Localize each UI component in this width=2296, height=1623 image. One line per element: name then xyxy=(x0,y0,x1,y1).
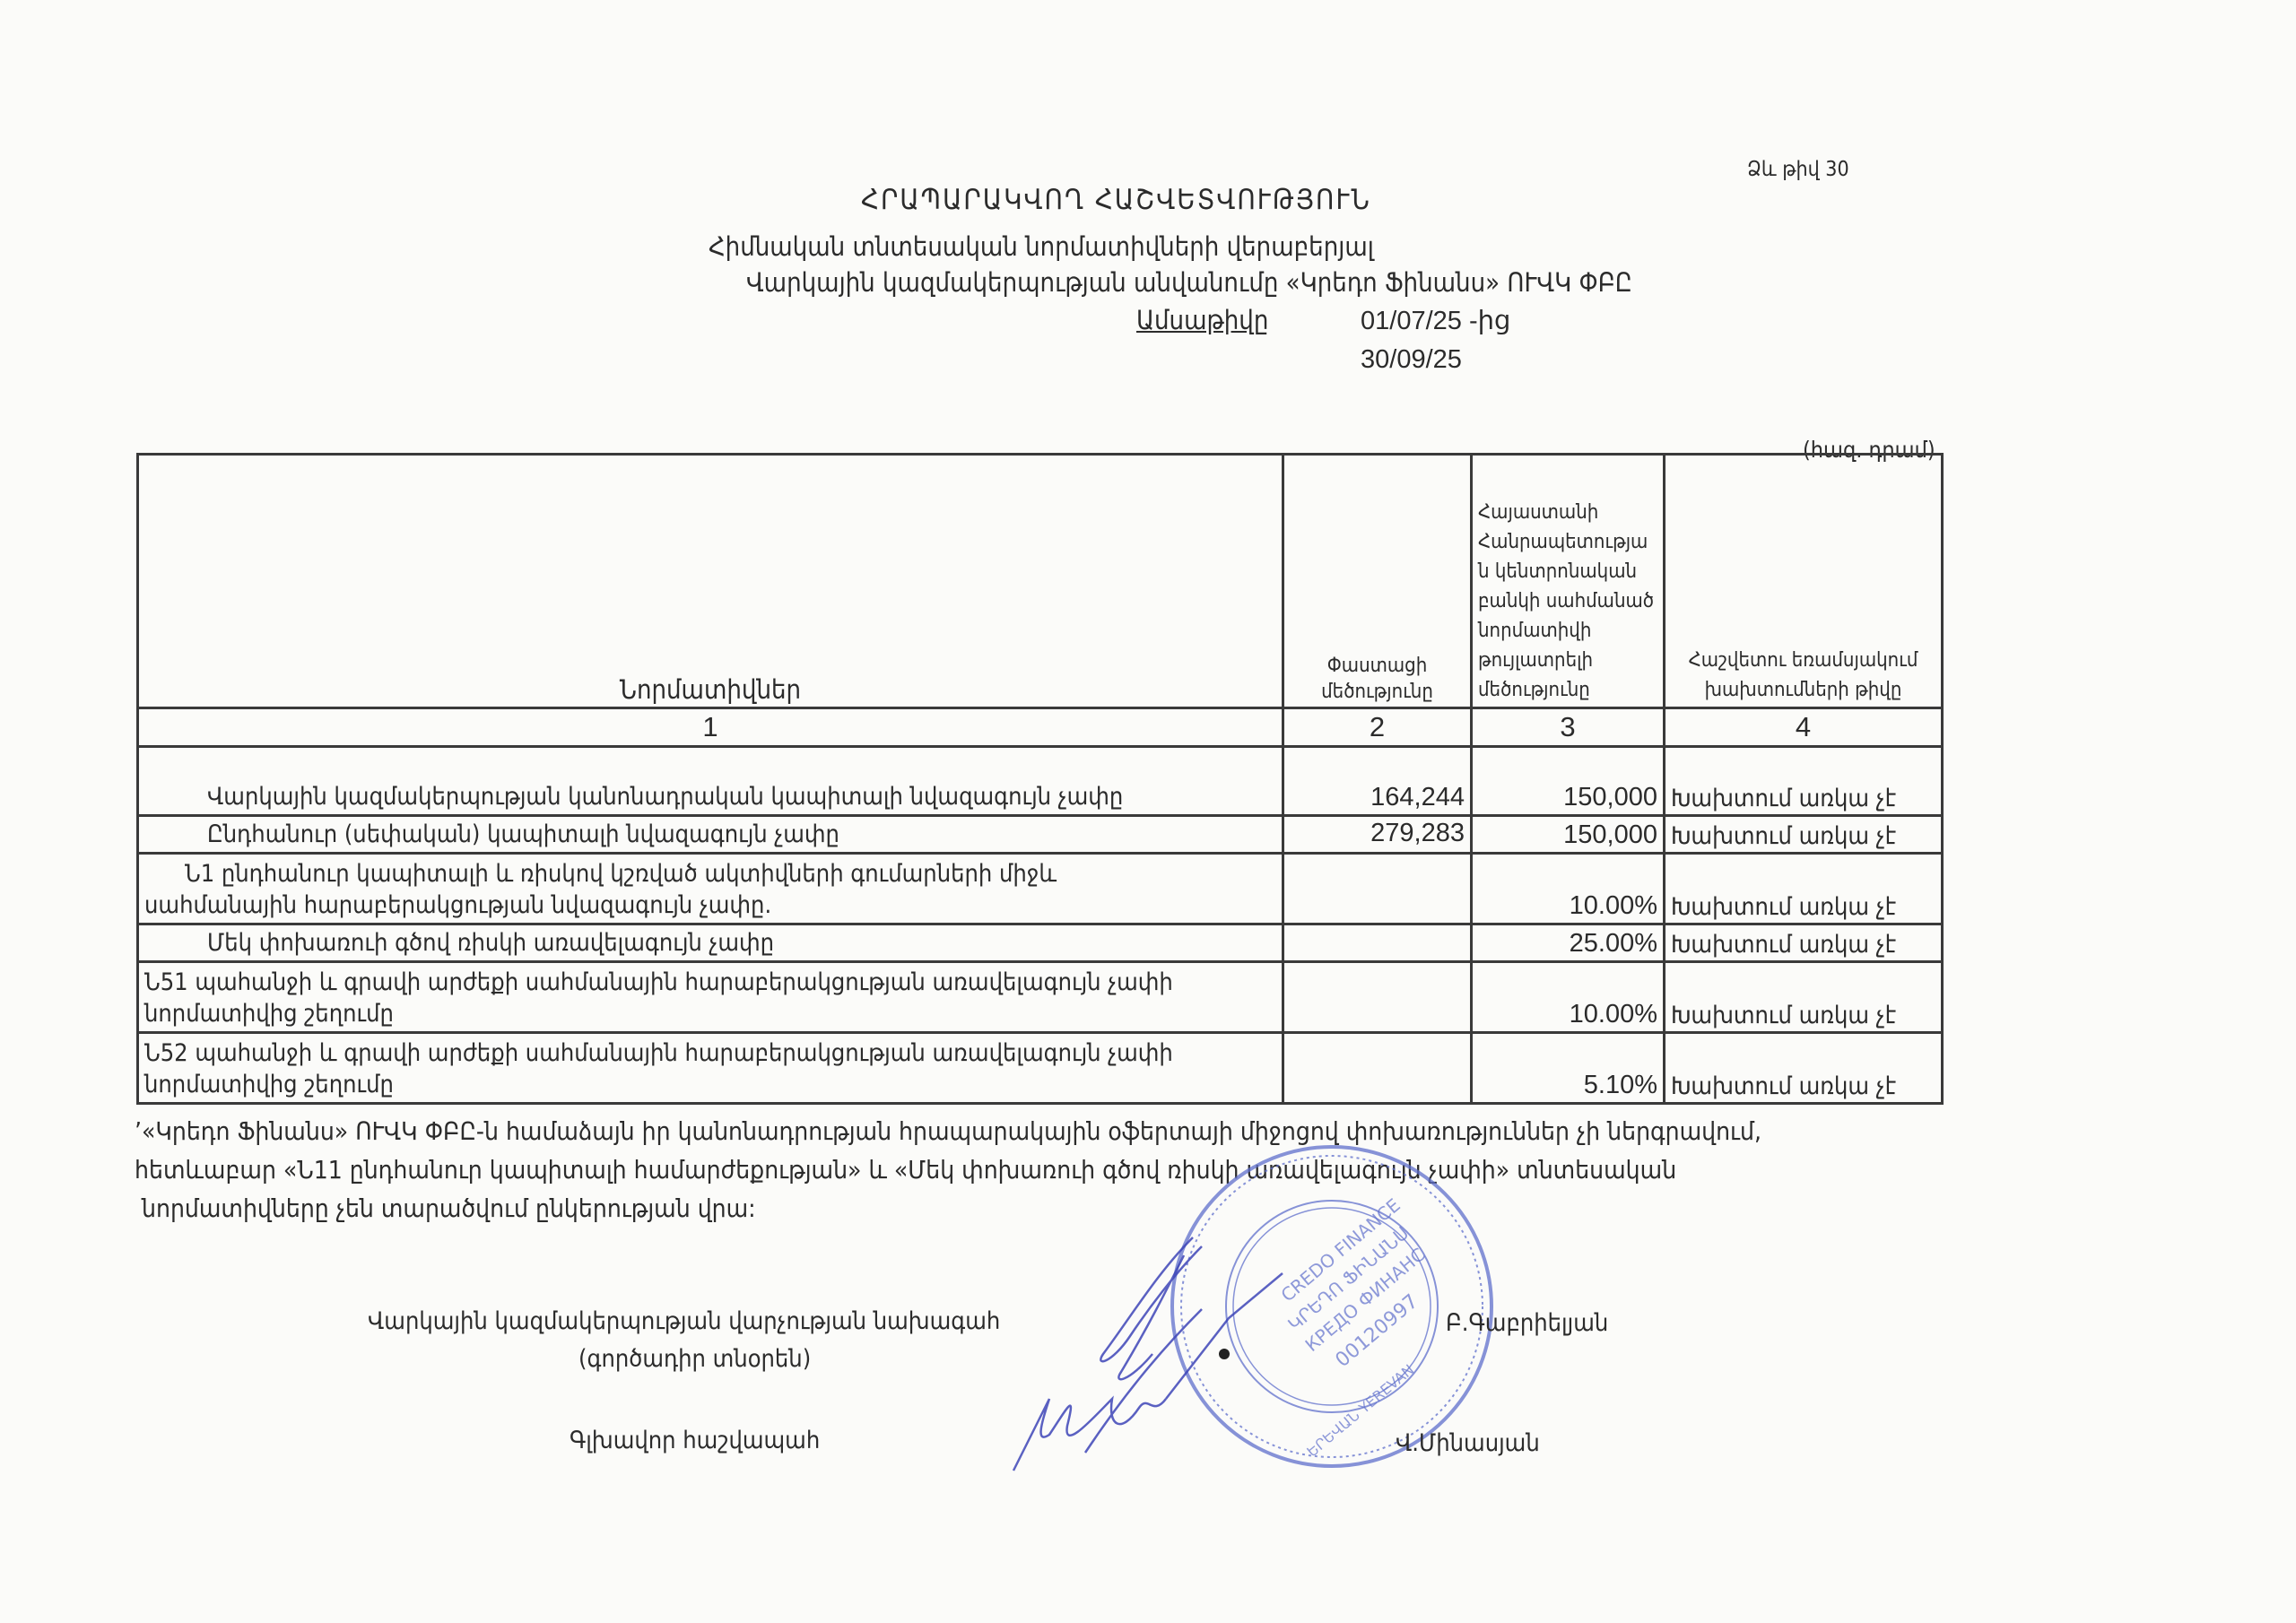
column-number: 2 xyxy=(1283,708,1472,747)
header-cba-limit: Հայաստանի Հանրապետությա ն կենտրոնական բա… xyxy=(1472,455,1665,708)
accountant-name: Վ.Մինասյան xyxy=(1396,1429,1540,1457)
actual-value xyxy=(1283,962,1472,1033)
table-row: Վարկային կազմակերպության կանոնադրական կա… xyxy=(138,747,1943,816)
column-number: 3 xyxy=(1472,708,1665,747)
actual-value xyxy=(1283,924,1472,962)
limit-value: 10.00% xyxy=(1472,962,1665,1033)
column-number: 4 xyxy=(1665,708,1943,747)
table-row: Ն1 ընդհանուր կապիտալի և ռիսկով կշռված ակ… xyxy=(138,854,1943,924)
norm-name-line: Ն1 ընդհանուր կապիտալի և ռիսկով կշռված ակ… xyxy=(144,858,1276,890)
column-number-row: 1 2 3 4 xyxy=(138,708,1943,747)
violation-status: Խախտում առկա չէ xyxy=(1665,816,1943,854)
table-row: Մեկ փոխառուի գծով ռիսկի առավելագույն չափ… xyxy=(138,924,1943,962)
header-violations-count: Հաշվետու եռամսյակում խախտումների թիվը xyxy=(1665,455,1943,708)
page-title: ՀՐԱՊԱՐԱԿՎՈՂ ՀԱՇՎԵՏՎՈՒԹՅՈՒՆ xyxy=(861,184,1371,216)
limit-value: 25.00% xyxy=(1472,924,1665,962)
column-number: 1 xyxy=(138,708,1283,747)
norm-name: Ընդհանուր (սեփական) կապիտալի նվազագույն … xyxy=(138,816,1283,854)
executive-title: Վարկային կազմակերպության վարչության նախա… xyxy=(368,1307,1000,1335)
limit-value: 150,000 xyxy=(1472,747,1665,816)
limit-value: 150,000 xyxy=(1472,816,1665,854)
norm-name: Ն1 ընդհանուր կապիտալի և ռիսկով կշռված ակ… xyxy=(138,854,1283,924)
organization-name: Վարկային կազմակերպության անվանումը «Կրեդ… xyxy=(746,267,1632,298)
norms-table: Նորմատիվներ Փաստացի մեծությունը Հայաստան… xyxy=(136,453,1944,1105)
executive-name: Բ.Գաբրիելյան xyxy=(1446,1309,1608,1337)
signature-icon xyxy=(996,1219,1300,1488)
actual-value: 279,283 xyxy=(1283,816,1472,854)
table-row: Ընդհանուր (սեփական) կապիտալի նվազագույն … xyxy=(138,816,1943,854)
period-label: Ամսաթիվը xyxy=(1136,305,1268,335)
norm-name: Ն52 պահանջի և գրավի արժեքի սահմանային հա… xyxy=(138,1033,1283,1104)
violation-status: Խախտում առկա չէ xyxy=(1665,1033,1943,1104)
table-header-row: Նորմատիվներ Փաստացի մեծությունը Հայաստան… xyxy=(138,455,1943,708)
table-row: Ն52 պահանջի և գրավի արժեքի սահմանային հա… xyxy=(138,1033,1943,1104)
limit-value: 10.00% xyxy=(1472,854,1665,924)
norm-name-line: նորմատիվից շեղումը xyxy=(144,1069,1276,1100)
actual-value xyxy=(1283,1033,1472,1104)
norm-name-line: նորմատիվից շեղումը xyxy=(144,998,1276,1029)
norm-name-line: Վարկային կազմակերպության կանոնադրական կա… xyxy=(144,783,1123,811)
footnote: ’«Կրեդո Ֆինանս» ՈՒՎԿ ՓԲԸ-ն համաձայն իր կ… xyxy=(135,1112,1928,1228)
period-from: 01/07/25 -ից xyxy=(1361,305,1510,336)
limit-value: 5.10% xyxy=(1472,1033,1665,1104)
header-norms: Նորմատիվներ xyxy=(138,455,1283,708)
norm-name: Մեկ փոխառուի գծով ռիսկի առավելագույն չափ… xyxy=(138,924,1283,962)
header-actual-value: Փաստացի մեծությունը xyxy=(1283,455,1472,708)
executive-role: (գործադիր տնօրեն) xyxy=(578,1345,811,1373)
violation-status: Խախտում առկա չէ xyxy=(1665,747,1943,816)
actual-value xyxy=(1283,854,1472,924)
norm-name-line: Ընդհանուր (սեփական) կապիտալի նվազագույն … xyxy=(144,820,839,848)
norm-name-line: սահմանային հարաբերակցության նվազագույն չ… xyxy=(144,890,1276,921)
violation-status: Խախտում առկա չէ xyxy=(1665,854,1943,924)
norm-name-line: Մեկ փոխառուի գծով ռիսկի առավելագույն չափ… xyxy=(144,929,774,957)
norm-name: Ն51 պահանջի և գրավի արժեքի սահմանային հա… xyxy=(138,962,1283,1033)
footnote-line: հետևաբար «Ն11 ընդհանուր կապիտալի համարժե… xyxy=(135,1150,1928,1189)
norm-name-line: Ն52 պահանջի և գրավի արժեքի սահմանային հա… xyxy=(144,1037,1276,1069)
table-row: Ն51 պահանջի և գրավի արժեքի սահմանային հա… xyxy=(138,962,1943,1033)
violation-status: Խախտում առկա չէ xyxy=(1665,962,1943,1033)
page-subtitle: Հիմնական տնտեսական նորմատիվների վերաբերյ… xyxy=(709,231,1374,262)
form-number: Ձև թիվ 30 xyxy=(1747,158,1849,181)
norm-name-line: Ն51 պահանջի և գրավի արժեքի սահմանային հա… xyxy=(144,967,1276,998)
accountant-title: Գլխավոր հաշվապահ xyxy=(570,1427,820,1454)
violation-status: Խախտում առկա չէ xyxy=(1665,924,1943,962)
actual-value: 164,244 xyxy=(1283,747,1472,816)
norm-name: Վարկային կազմակերպության կանոնադրական կա… xyxy=(138,747,1283,816)
period-to: 30/09/25 xyxy=(1361,345,1462,375)
footnote-line: ’«Կրեդո Ֆինանս» ՈՒՎԿ ՓԲԸ-ն համաձայն իր կ… xyxy=(135,1112,1928,1150)
